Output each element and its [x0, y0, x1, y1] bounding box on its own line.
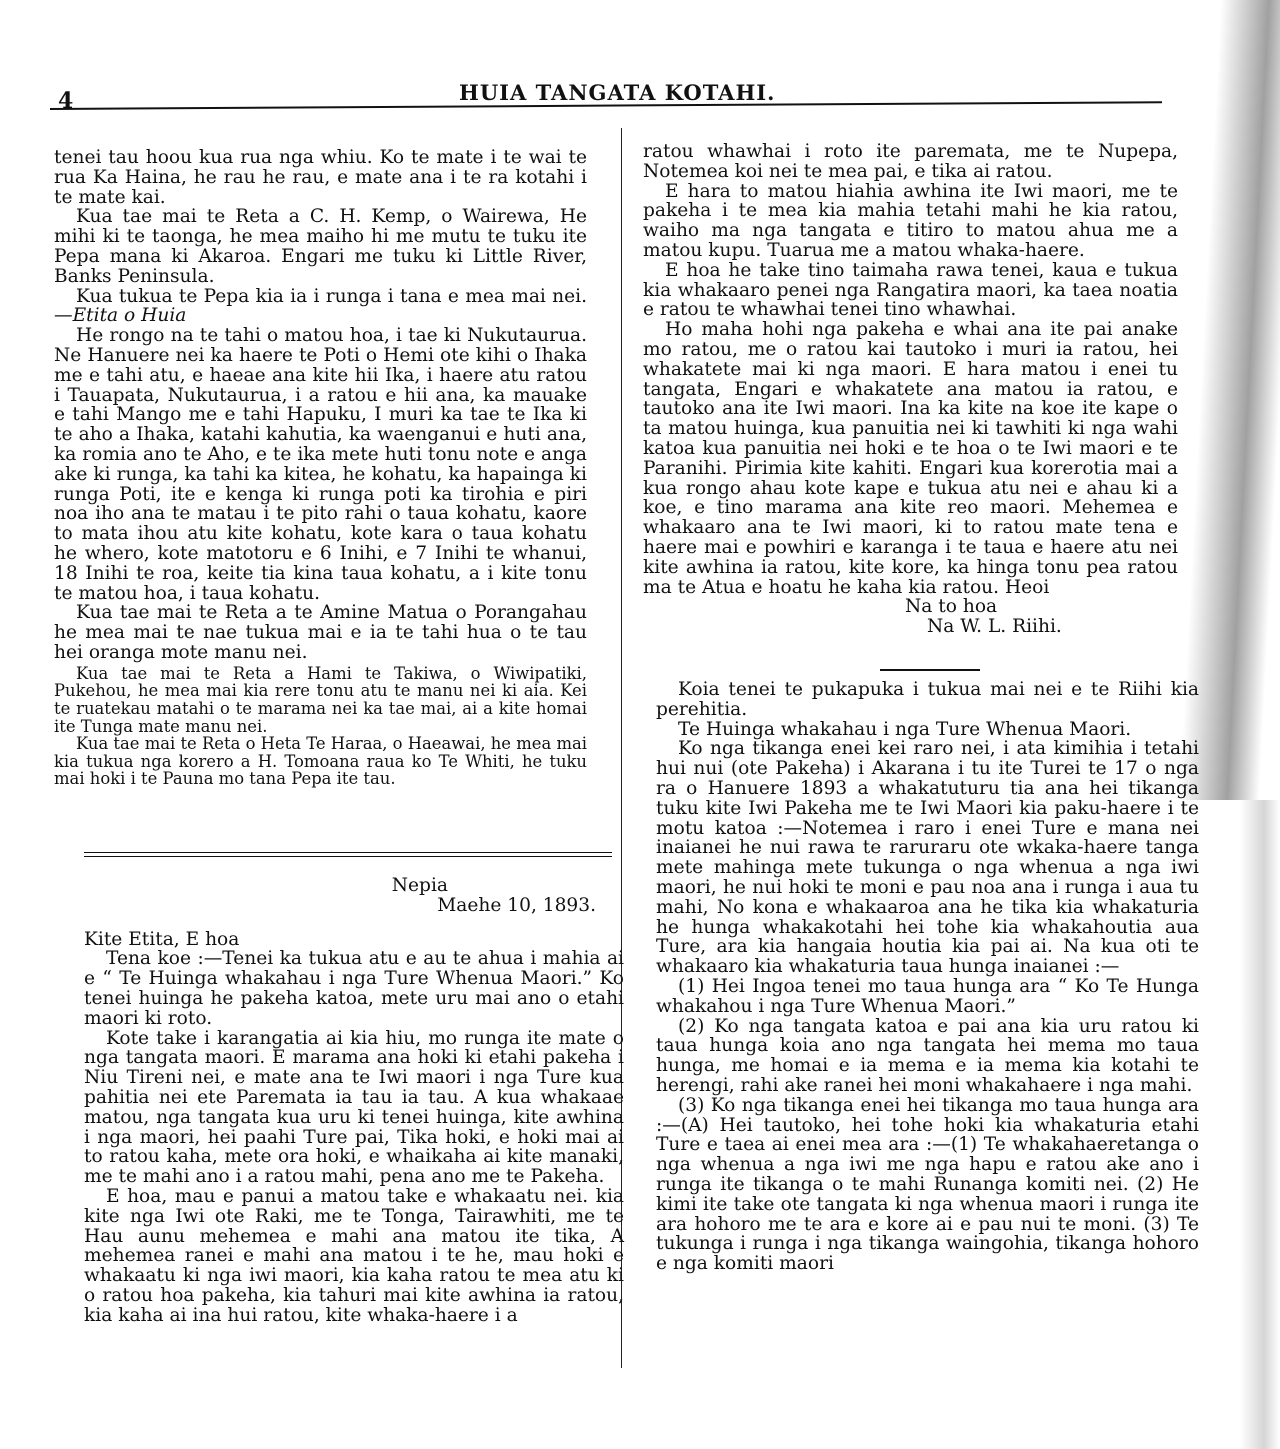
- paragraph-text: Kua tukua te Pepa kia ia i runga i tana …: [76, 286, 587, 307]
- rule-item: (1) Hei Ingoa tenei mo taua hunga ara “ …: [656, 977, 1199, 1017]
- masthead-title: HUIA TANGATA KOTAHI.: [459, 80, 775, 105]
- paragraph: tenei tau hoou kua rua nga whiu. Ko te m…: [54, 148, 587, 207]
- short-rule: [880, 669, 980, 671]
- letter-place: Nepia: [84, 876, 596, 896]
- left-column-notes: tenei tau hoou kua rua nga whiu. Ko te m…: [54, 148, 587, 788]
- paragraph: Koia tenei te pukapuka i tukua mai nei e…: [656, 680, 1199, 720]
- rules-section: Koia tenei te pukapuka i tukua mai nei e…: [656, 680, 1199, 1274]
- editor-signature: —Etita o Huia: [54, 305, 186, 326]
- paragraph: Kote take i karangatia ai kia hiu, mo ru…: [84, 1029, 624, 1187]
- signoff-name: Na W. L. Riihi.: [905, 617, 1178, 637]
- paragraph: Kua tae mai te Reta a C. H. Kemp, o Wair…: [54, 207, 587, 286]
- paragraph: E hoa, mau e panui a matou take e whakaa…: [84, 1187, 624, 1326]
- paragraph: Kua tae mai te Reta a Hami te Takiwa, o …: [54, 665, 587, 735]
- paragraph: ratou whawhai i roto ite paremata, me te…: [643, 142, 1178, 182]
- paragraph: He rongo na te tahi o matou hoa, i tae k…: [54, 326, 587, 603]
- letter-section: Nepia Maehe 10, 1893. Kite Etita, E hoa …: [84, 876, 624, 1326]
- signoff-line: Na to hoa: [905, 597, 1178, 617]
- scan-shadow-edge-lower: [1240, 800, 1280, 1449]
- paragraph: Kua tukua te Pepa kia ia i runga i tana …: [54, 287, 587, 327]
- paragraph: Kua tae mai te Reta a te Amine Matua o P…: [54, 603, 587, 662]
- paragraph: E hoa he take tino taimaha rawa tenei, k…: [643, 261, 1178, 320]
- paragraph: Kua tae mai te Reta o Heta Te Haraa, o H…: [54, 735, 587, 788]
- paragraph: Ho maha hohi nga pakeha e whai ana ite p…: [643, 320, 1178, 597]
- paragraph: Tena koe :—Tenei ka tukua atu e au te ah…: [84, 949, 624, 1028]
- paragraph: E hara to matou hiahia awhina ite Iwi ma…: [643, 182, 1178, 261]
- paragraph: Ko nga tikanga enei kei raro nei, i ata …: [656, 739, 1199, 977]
- section-title: Te Huinga whakahau i nga Ture Whenua Mao…: [656, 720, 1199, 740]
- letter-dateline: Nepia Maehe 10, 1893.: [84, 876, 624, 916]
- letter-salutation: Kite Etita, E hoa: [84, 930, 624, 950]
- small-notes: Kua tae mai te Reta a Hami te Takiwa, o …: [54, 665, 587, 788]
- page-number: 4: [58, 88, 73, 114]
- letter-signoff: Na to hoa Na W. L. Riihi.: [643, 597, 1178, 637]
- rule-item: (3) Ko nga tikanga enei hei tikanga mo t…: [656, 1096, 1199, 1274]
- rule-item: (2) Ko nga tangata katoa e pai ana kia u…: [656, 1017, 1199, 1096]
- right-column-letter-continued: ratou whawhai i roto ite paremata, me te…: [643, 142, 1178, 637]
- letter-date: Maehe 10, 1893.: [84, 896, 596, 916]
- section-double-rule: [84, 852, 612, 860]
